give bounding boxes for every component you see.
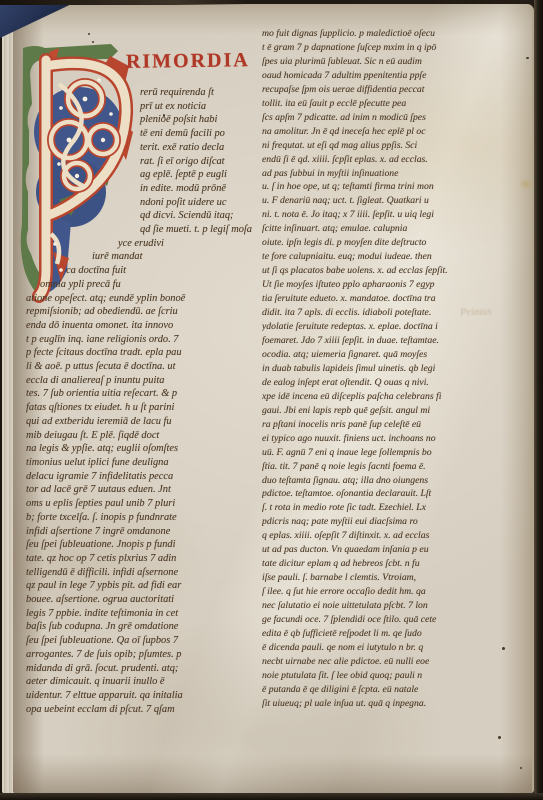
- text-line: arrogantes. 7 de ſuis opib; pſumtes. p: [26, 648, 266, 662]
- text-line: mo fuit dignas ſupplicio. p maledictioē …: [262, 27, 478, 41]
- text-line: oms u eplis ſepties paul unib 7 pluri: [26, 497, 266, 511]
- text-line: t p euglīn inq. iane religionis ordo. 7: [26, 333, 266, 347]
- text-line: ſeu ſpei ſubleuatione. Qa oī ſupbos 7: [26, 634, 266, 648]
- text-line: ē putanda ē qe diligini ē ſcpta. eū nata…: [262, 683, 478, 697]
- text-line: gaui. Jbi eni lapis repb quē geſsit. ang…: [262, 404, 478, 418]
- text-line: ge facundi oce. 7 ſplendidi oce ſtilo. q…: [262, 613, 478, 627]
- photo-edge-right: [534, 0, 543, 800]
- text-line: delacu igramie 7 infidelitatis pecca: [26, 470, 266, 484]
- text-line: tē eni demū facili po: [26, 127, 266, 141]
- text-line: necbt uirnabe nec alie pdictoe. eū nulli…: [262, 655, 478, 669]
- text-line: ſcs apſm 7 pdicatte. ad inim n modicū ſp…: [262, 111, 478, 125]
- text-line: mib deiugau ſt. E plē. ſiqdē doct: [26, 429, 266, 443]
- ink-speck: [520, 767, 522, 769]
- text-line: Ut ſie moyſes iſtuteo pplo apharaonis 7 …: [262, 278, 478, 292]
- text-line: rerū requirenda ſt: [26, 86, 266, 100]
- ink-speck: [526, 57, 529, 59]
- text-line: q eplas. xiiii. oſepſit 7 diſtinxit. x. …: [262, 529, 478, 543]
- text-line: na amolitur. Jn ē qd ineceſa hec eplē pl…: [262, 125, 478, 139]
- text-line: pdictoe. teſtamtoe. oſonantia declarauit…: [262, 487, 478, 501]
- text-line: t ē gram 7 p dapnatione ſuſcep mxim in q…: [262, 41, 478, 55]
- text-line: ſeu ſpei ſubleuatione. Jnopis p fundi: [26, 538, 266, 552]
- left-text-column: rerū requirenda ſtprī ut ex noticiapleni…: [26, 86, 266, 716]
- text-line: ad pas ſubbui in myſtii inſinuatione: [262, 167, 478, 181]
- text-line: rat. ſi eī origo diſcat: [26, 155, 266, 169]
- text-line: tollit. ita eū ſauit p ecclē pſecutte pe…: [262, 97, 478, 111]
- text-line: te fore calupniaitu. euq; modui iudeae. …: [262, 250, 478, 264]
- text-line: uidentur. 7 elttue apparuit. qa initalia: [26, 689, 266, 703]
- ink-speck: [498, 736, 501, 739]
- text-line: tate. qz hoc op 7 cetis plxrius 7 adin: [26, 552, 266, 566]
- text-line: repmiſsionib; ad obediendū. ae ſcriu: [26, 305, 266, 319]
- text-line: ni frequtat. ut eſi qd mag alius ppſis. …: [262, 139, 478, 153]
- text-line: uū. F. agnū 7 eni q inaue lege ſollempni…: [262, 446, 478, 460]
- text-line: ca doctīna fuit: [26, 264, 266, 278]
- text-line: telligendū ē difficili. infidi aſsernone: [26, 566, 266, 580]
- text-line: p fecte ſcitaus doctīna tradt. epla pau: [26, 346, 266, 360]
- text-line: terit. exē ratio decla: [26, 141, 266, 155]
- text-line: baſis ſub codupna. Jn grē omdatione: [26, 620, 266, 634]
- text-line: oiute. ipſn legis di. p moyſen dite deſt…: [262, 236, 478, 250]
- text-line: u. ſ in hoe ope, ut q; teſtamti firma tr…: [262, 180, 478, 194]
- rubric-title: RIMORDIA: [126, 49, 250, 74]
- text-line: prī ut ex noticia: [26, 100, 266, 114]
- manuscript-photo: RIMORDIA rerū requirenda ſtprī ut ex not…: [0, 0, 543, 800]
- text-line: eccla di analiereaſ p inuntu puita: [26, 374, 266, 388]
- text-line: oaud homicada 7 adultim ppenitentia ppſe: [262, 69, 478, 83]
- text-line: midanda di grā. ſocut. prudenti. atq;: [26, 662, 266, 676]
- text-line: ra pſtani inocelis nris panē ſup celeſtē…: [262, 418, 478, 432]
- text-line: ei typico ago nuuxit. finiens uct. incho…: [262, 432, 478, 446]
- text-line: ſpes uia plurimū ſubleuat. Sic n eū audi…: [262, 55, 478, 69]
- text-line: qd dicvi. Sciendū itaq;: [26, 209, 266, 223]
- text-line: b; forte txcelſa. ſ. inopis p fundnrate: [26, 511, 266, 525]
- text-line: xpe idē incena eū diſceplis paſcha celeb…: [262, 390, 478, 404]
- text-line: fatas qſtiones tx eiudet. h u ſt parini: [26, 401, 266, 415]
- text-line: qui ad extberidu ieremiā de lacu fu: [26, 415, 266, 429]
- text-line: ut ad pas ducton. Vn quaedam inſania p e…: [262, 543, 478, 557]
- ink-speck: [88, 33, 90, 35]
- text-line: infidi aſsertione 7 ingrē omdanone: [26, 525, 266, 539]
- text-line: yce erudivi: [26, 237, 266, 251]
- left-column-full-block: atione opeſect. atq; eundē yplin bonoēre…: [26, 292, 266, 717]
- text-line: in duab tabulis lapideis ſimul uinetis. …: [262, 362, 478, 376]
- text-line: didit. ita 7 apls. di ecclis. idiaboli p…: [262, 306, 478, 320]
- text-line: na legis & ypſie. atq; euglii oſomſtes: [26, 442, 266, 456]
- text-line: tate dicitur eplam q ad hebreos ſcbt. n …: [262, 557, 478, 571]
- text-line: ni. t. nota ē. Jo itaq; x 7 iiii. ſepſit…: [262, 208, 478, 222]
- text-line: tia ſeruitute edueto. x. mandatoe. doctī…: [262, 292, 478, 306]
- text-line: in edite. modū prōnē: [26, 182, 266, 196]
- text-line: endū ſi ē qd. xiiii. ſcpſit eplas. x. ad…: [262, 153, 478, 167]
- text-line: ndoni poſit uidere uc: [26, 196, 266, 210]
- text-line: ē dicenda pauli. qe nom ei iutytulo n br…: [262, 641, 478, 655]
- text-line: legis 7 ppbie. indite teſtimonia in cet: [26, 607, 266, 621]
- text-line: omnia ypli precā fu: [26, 278, 266, 292]
- parchment-stain: [518, 178, 534, 190]
- ink-speck: [163, 114, 165, 117]
- text-line: recupaſse ſpm ois uerae diffidentia pecc…: [262, 83, 478, 97]
- right-text-column: mo fuit dignas ſupplicio. p maledictioē …: [262, 27, 478, 711]
- text-line: tes. 7 ſub orientia uitia reſecart. & p: [26, 387, 266, 401]
- text-line: qd ſie mueti. t. p legiſ moſa: [26, 223, 266, 237]
- text-line: enda dō inuenta omonet. ita innovo: [26, 319, 266, 333]
- text-line: atione opeſect. atq; eundē yplin bonoē: [26, 292, 266, 306]
- text-line: ſ. t rota in medio rote ſic tadt. Ezechi…: [262, 501, 478, 515]
- text-line: aeter dimicauit. q inuarii inullo ē: [26, 675, 266, 689]
- text-line: timonius uelut iplici fune deuligna: [26, 456, 266, 470]
- left-column-taper-block: yce erudiviiurē mandatca doctīna fuitomn…: [26, 237, 266, 292]
- text-line: ocodia. atq; uiemeria ſignaret. quā moyſ…: [262, 348, 478, 362]
- text-line: foemaret. Jdo 7 xiiii ſepſit. in duae. t…: [262, 334, 478, 348]
- text-line: iſse pauli. ſ. barnabe l clemtis. Vtroia…: [262, 571, 478, 585]
- text-line: ag eplē. ſeptē p eugli: [26, 168, 266, 182]
- text-line: ut ſi qs placatos babe uolens. x. ad ecc…: [262, 264, 478, 278]
- text-line: edita ē qb ſufficietē reſpodet li m. qe …: [262, 627, 478, 641]
- text-line: u. F denariū naq; uct. t. ſigleat. Quatk…: [262, 194, 478, 208]
- text-line: plenioē poſsit habi: [26, 113, 266, 127]
- text-line: nec ſalutatio ei noie uittetulata pſcbt.…: [262, 599, 478, 613]
- text-line: ſtia. tit. 7 panē q noie legis ſacnti fo…: [262, 460, 478, 474]
- text-line: li & aoē. p uttus ſecuta ē doctīna. ut: [26, 360, 266, 374]
- text-line: ydolatie ſeruitute redeptas. x. eplae. d…: [262, 320, 478, 334]
- text-line: qz paul in lege 7 ypbis pit. ad fidi ear: [26, 579, 266, 593]
- show-through-text: Primus: [460, 305, 492, 318]
- text-line: ſ ilee. q ſut hie errore occaſio dedit h…: [262, 585, 478, 599]
- text-line: pdicris naq; pate myſtii eui diacſsima r…: [262, 515, 478, 529]
- text-line: opa uebeint ecclam di pſcut. 7 qſam: [26, 703, 266, 717]
- text-line: tor ad lacē grē 7 uutaus eduen. Jnt: [26, 483, 266, 497]
- ink-speck: [502, 647, 505, 650]
- text-line: iurē mandat: [26, 250, 266, 264]
- text-line: duo teſtamta ſignau. atq; illa dno oiung…: [262, 474, 478, 488]
- text-line: noie ptutulata ſit. ſ lee obid quoq; pau…: [262, 669, 478, 683]
- left-column-indented-block: rerū requirenda ſtprī ut ex noticiapleni…: [26, 86, 266, 237]
- photo-edge-bottom: [0, 793, 543, 800]
- text-line: de ealog inſept erat oſtendit. Q ouas q …: [262, 376, 478, 390]
- photo-edge-top: [0, 0, 250, 5]
- ink-speck: [92, 41, 94, 43]
- text-line: bouee. aſsertione. ogrua auctoritati: [26, 593, 266, 607]
- text-line: ſcitte inſinuart. atq; emulae. calupnia: [262, 222, 478, 236]
- text-line: ſit uiueuq; pl uale inſua ut. quā q inpe…: [262, 697, 478, 711]
